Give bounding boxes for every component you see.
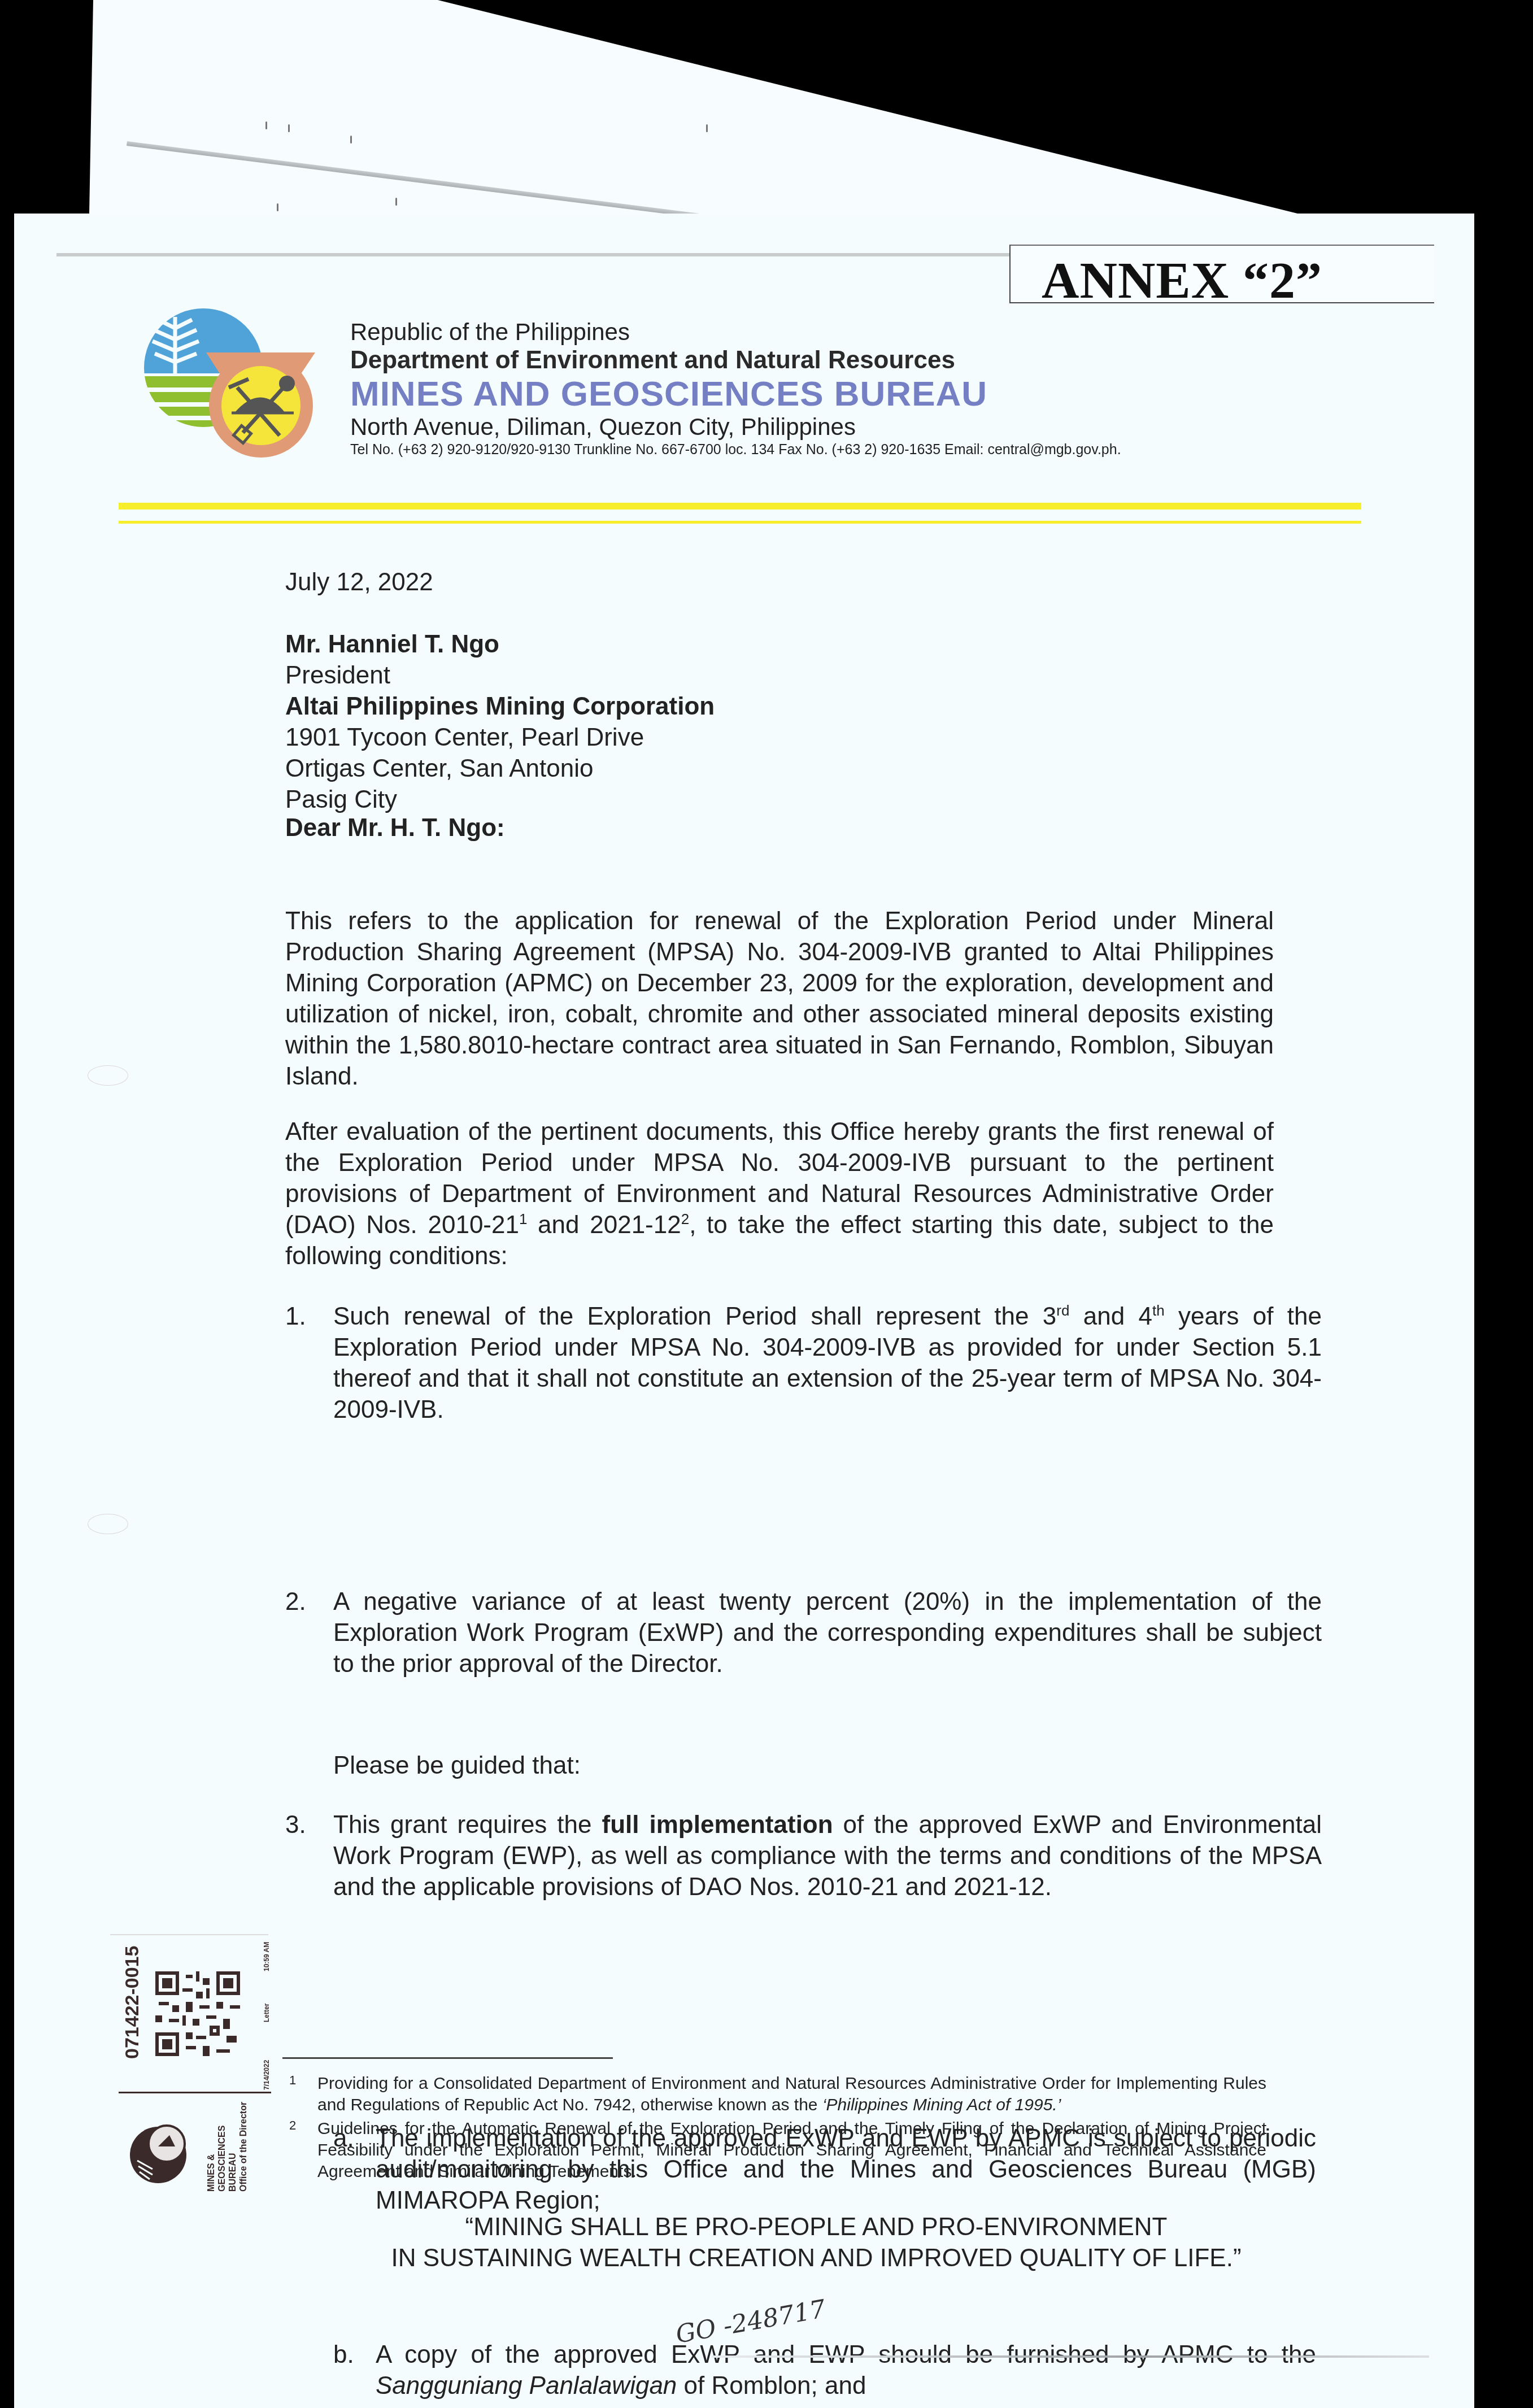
guided-item-emphasis: Sangguniang Panlalawigan (376, 2372, 677, 2400)
footnote-item: 1 Providing for a Consolidated Departmen… (289, 2073, 1266, 2116)
letter-date: July 12, 2022 (285, 567, 1274, 598)
condition-number: 3. (285, 1809, 306, 1840)
footnotes: 1 Providing for a Consolidated Departmen… (289, 2073, 1266, 2185)
condition-item: 3. This grant requires the full implemen… (285, 1809, 1322, 1902)
punch-hole-mark (88, 1065, 128, 1086)
bottom-edge-line (712, 2355, 1429, 2358)
guided-item-letter: b. (333, 2339, 354, 2370)
guided-item-text: of Romblon; and (677, 2372, 866, 2400)
page-top-rule (56, 253, 1017, 256)
recipient-address-line: Pasig City (285, 784, 1274, 815)
motto-line: “MINING SHALL BE PRO-PEOPLE AND PRO-ENVI… (271, 2211, 1361, 2242)
stamp-org-line: Office of the Director (238, 2102, 249, 2192)
letterhead-republic: Republic of the Philippines (350, 318, 1121, 346)
footnote-italic: ‘Philippines Mining Act of 1995.’ (822, 2096, 1061, 2114)
letterhead-rule-thick (119, 503, 1361, 510)
paragraph-grant-text: and 2021-12 (527, 1211, 681, 1239)
stamp-divider (119, 2092, 271, 2093)
recipient-block: Mr. Hanniel T. Ngo President Altai Phili… (285, 629, 1274, 815)
footnote-text: Providing for a Consolidated Department … (317, 2074, 1266, 2114)
stamp-time: 10:59 AM (263, 1942, 271, 1971)
receiving-stamp: 071422-0015 7/14/2022 Letter 10:59 AM MI… (93, 1926, 280, 2265)
annex-label-box: ANNEX “2” (1009, 245, 1434, 303)
stamp-tracking-number: 071422-0015 (121, 1946, 143, 2059)
stamp-org-line: GEOSCIENCES (217, 2102, 228, 2192)
stamp-org-line: MINES & (206, 2102, 217, 2192)
punch-hole-mark (88, 1514, 128, 1534)
motto-line: IN SUSTAINING WEALTH CREATION AND IMPROV… (271, 2242, 1361, 2274)
footnote-ref[interactable]: 1 (519, 1210, 527, 1227)
condition-item: 2. A negative variance of at least twent… (285, 1586, 1322, 1679)
footnote-ref[interactable]: 2 (681, 1210, 689, 1227)
guided-intro: Please be guided that: (285, 1750, 1274, 1781)
recipient-title: President (285, 660, 1274, 691)
motto: “MINING SHALL BE PRO-PEOPLE AND PRO-ENVI… (271, 2211, 1361, 2274)
scan-border (1474, 214, 1533, 2408)
ordinal-suffix: rd (1056, 1302, 1069, 1319)
footnote-text: Guidelines for the Automatic Renewal of … (317, 2119, 1266, 2181)
recipient-name: Mr. Hanniel T. Ngo (285, 629, 1274, 660)
letterhead-address: North Avenue, Diliman, Quezon City, Phil… (350, 414, 1121, 440)
paragraph-grant: After evaluation of the pertinent docume… (285, 1116, 1274, 1272)
letterhead-bureau: MINES AND GEOSCIENCES BUREAU (350, 375, 1121, 414)
ordinal-suffix: th (1152, 1302, 1165, 1319)
condition-emphasis: full implementation (602, 1811, 833, 1839)
stamp-org-line: BUREAU (228, 2102, 238, 2192)
stamp-org: MINES & GEOSCIENCES BUREAU Office of the… (206, 2102, 249, 2192)
recipient-address-line: 1901 Tycoon Center, Pearl Drive (285, 722, 1274, 753)
condition-number: 1. (285, 1301, 306, 1332)
mgb-seal-icon (127, 2113, 189, 2186)
qr-code-icon[interactable] (141, 1971, 254, 2056)
annex-label: ANNEX “2” (1042, 250, 1322, 310)
recipient-company: Altai Philippines Mining Corporation (285, 691, 1274, 722)
paragraph-intro: This refers to the application for renew… (285, 905, 1274, 1092)
denr-mgb-logo-icon (136, 297, 322, 461)
condition-number: 2. (285, 1586, 306, 1617)
stamp-doc-type: Letter (263, 2004, 271, 2022)
footnote-mark: 1 (289, 2070, 296, 2091)
condition-text: Such renewal of the Exploration Period s… (333, 1303, 1056, 1330)
letterhead: Republic of the Philippines Department o… (350, 318, 1121, 459)
salutation: Dear Mr. H. T. Ngo: (285, 812, 1274, 843)
stamp-rule (110, 1934, 268, 1935)
guided-item-text: A copy of the approved ExWP and EWP shou… (376, 2341, 1316, 2368)
condition-text: and 4 (1069, 1303, 1152, 1330)
letterhead-contact: Tel No. (+63 2) 920-9120/920-9130 Trunkl… (350, 440, 1121, 459)
letterhead-rule-thin (119, 521, 1361, 524)
footnote-item: 2 Guidelines for the Automatic Renewal o… (289, 2118, 1266, 2183)
guided-item: b. A copy of the approved ExWP and EWP s… (333, 2339, 1316, 2401)
stamp-date: 7/14/2022 (263, 2060, 271, 2090)
recipient-address-line: Ortigas Center, San Antonio (285, 753, 1274, 784)
condition-text: A negative variance of at least twenty p… (333, 1588, 1322, 1678)
condition-item: 1. Such renewal of the Exploration Perio… (285, 1301, 1322, 1425)
footnote-rule (282, 2057, 613, 2059)
footnote-mark: 2 (289, 2115, 296, 2136)
letterhead-department: Department of Environment and Natural Re… (350, 346, 1121, 375)
condition-text: This grant requires the (333, 1811, 602, 1839)
